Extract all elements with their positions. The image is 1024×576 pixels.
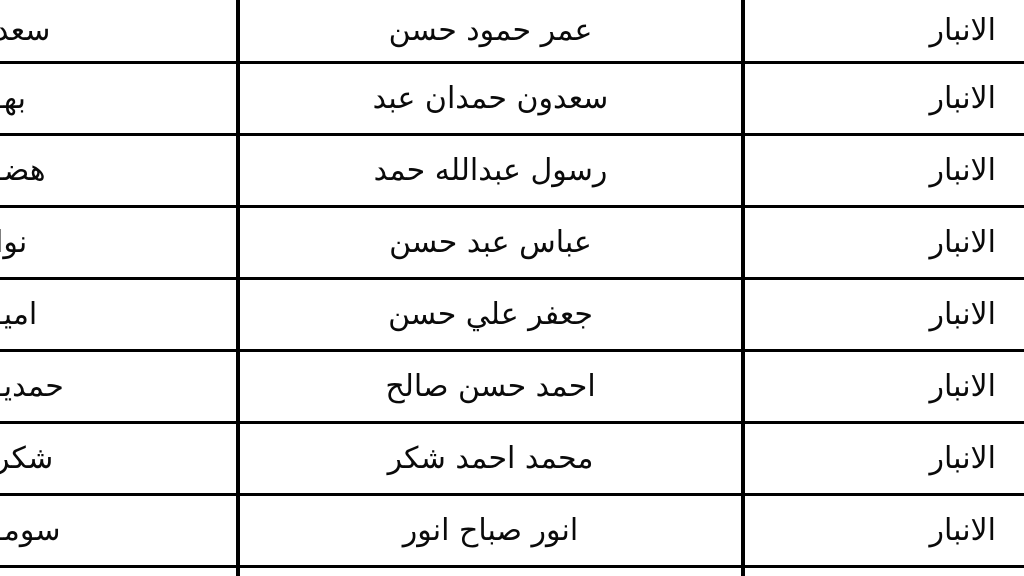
left-name-fragment-text: حمديـ <box>0 370 64 403</box>
cell-left-name-fragment: نوا <box>0 208 240 277</box>
cell-full-name: جعفر علي حسن <box>240 280 745 349</box>
document-page: سعد عمر حمود حسن الانبار بهـ سعدون حمدان… <box>0 0 1024 576</box>
province-text: الانبار <box>930 226 996 259</box>
full-name-text: احمد حسن صالح <box>385 370 595 403</box>
left-name-fragment-text: سعد <box>0 14 50 47</box>
cell-full-name: عباس عبد حسن <box>240 208 745 277</box>
left-name-fragment-text: بهـ <box>0 82 26 115</box>
cell-full-name: رسول عبدالله حمد <box>240 136 745 205</box>
province-text: الانبار <box>930 298 996 331</box>
table-row: حمديـ احمد حسن صالح الانبار <box>0 352 1024 424</box>
cell-province: الانبار <box>745 352 1024 421</box>
cell-province <box>745 568 1024 576</box>
province-text: الانبار <box>930 154 996 187</box>
left-name-fragment-text: سومـ <box>0 514 61 547</box>
province-text: الانبار <box>930 370 996 403</box>
cell-province: الانبار <box>745 136 1024 205</box>
table-row: اميـ جعفر علي حسن الانبار <box>0 280 1024 352</box>
cell-province: الانبار <box>745 64 1024 133</box>
province-text: الانبار <box>930 82 996 115</box>
left-name-fragment-text: هضـ <box>0 154 46 187</box>
names-table: سعد عمر حمود حسن الانبار بهـ سعدون حمدان… <box>0 0 1024 576</box>
full-name-text: رسول عبدالله حمد <box>374 154 608 187</box>
table-row <box>0 568 1024 576</box>
cell-province: الانبار <box>745 496 1024 565</box>
province-text: الانبار <box>930 14 996 47</box>
cell-full-name: سعدون حمدان عبد <box>240 64 745 133</box>
cell-left-name-fragment: اميـ <box>0 280 240 349</box>
table-row: هضـ رسول عبدالله حمد الانبار <box>0 136 1024 208</box>
cell-province: الانبار <box>745 280 1024 349</box>
cell-province: الانبار <box>745 208 1024 277</box>
full-name-text: جعفر علي حسن <box>388 298 593 331</box>
cell-province: الانبار <box>745 424 1024 493</box>
cell-left-name-fragment: سعد <box>0 0 240 61</box>
cell-province: الانبار <box>745 0 1024 61</box>
cell-full-name: عمر حمود حسن <box>240 0 745 61</box>
province-text: الانبار <box>930 514 996 547</box>
left-name-fragment-text: نوا <box>0 226 27 259</box>
table-row: نوا عباس عبد حسن الانبار <box>0 208 1024 280</box>
full-name-text: عمر حمود حسن <box>389 14 593 47</box>
cell-full-name: انور صباح انور <box>240 496 745 565</box>
full-name-text: انور صباح انور <box>403 514 578 547</box>
cell-full-name: احمد حسن صالح <box>240 352 745 421</box>
cell-left-name-fragment: بهـ <box>0 64 240 133</box>
cell-left-name-fragment: سومـ <box>0 496 240 565</box>
province-text: الانبار <box>930 442 996 475</box>
table-row: سومـ انور صباح انور الانبار <box>0 496 1024 568</box>
table-row: بهـ سعدون حمدان عبد الانبار <box>0 64 1024 136</box>
cell-left-name-fragment: حمديـ <box>0 352 240 421</box>
table-row: سعد عمر حمود حسن الانبار <box>0 0 1024 64</box>
full-name-text: محمد احمد شكر <box>388 442 594 475</box>
cell-left-name-fragment <box>0 568 240 576</box>
cell-left-name-fragment: هضـ <box>0 136 240 205</box>
cell-full-name: محمد احمد شكر <box>240 424 745 493</box>
left-name-fragment-text: اميـ <box>0 298 37 331</box>
full-name-text: سعدون حمدان عبد <box>373 82 609 115</box>
cell-left-name-fragment: شكر <box>0 424 240 493</box>
full-name-text: عباس عبد حسن <box>389 226 592 259</box>
left-name-fragment-text: شكر <box>0 442 53 475</box>
cell-full-name <box>240 568 745 576</box>
table-row: شكر محمد احمد شكر الانبار <box>0 424 1024 496</box>
